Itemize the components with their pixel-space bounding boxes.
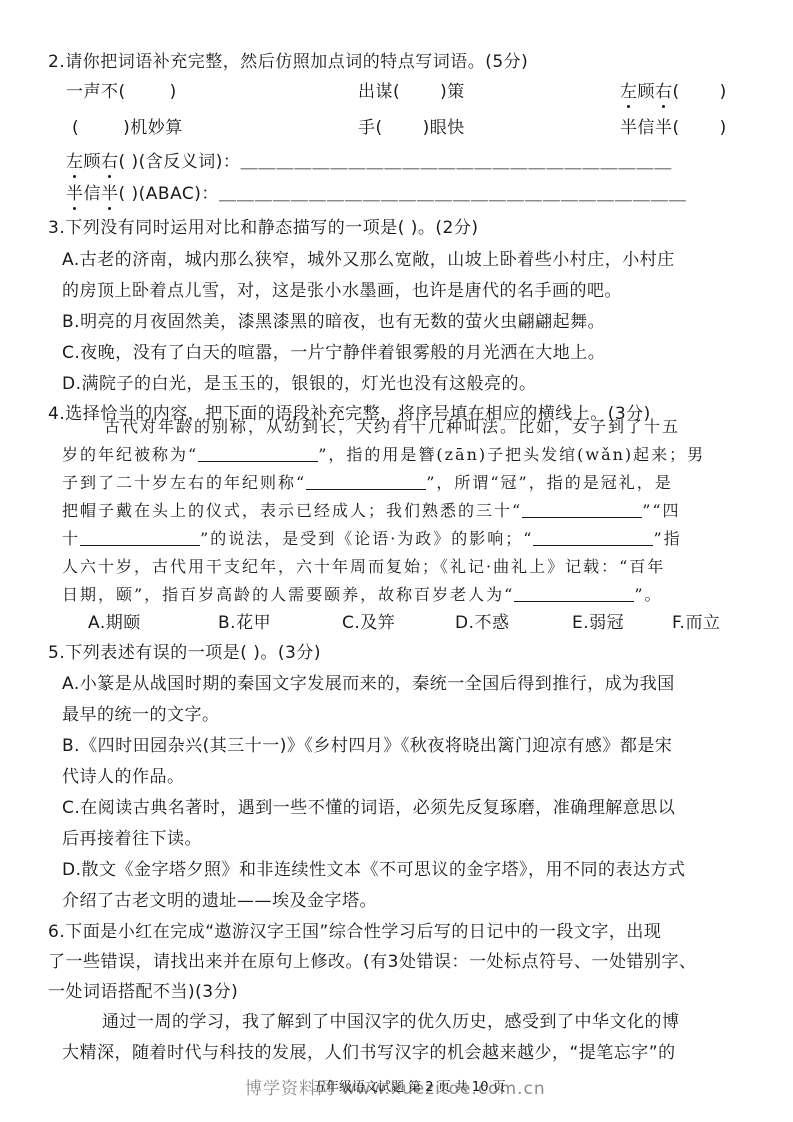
q5-option-a-cont: 最早的统一的文字。 [62, 703, 220, 727]
q2-item-5: 手()眼快 [358, 116, 465, 140]
page-number: 五年级语文试题 第 2 页 共 10 页 [313, 1076, 506, 1095]
q4-paragraph-line-3: 子到了二十岁左右的年纪则称“”，所谓“冠”，指的是冠礼，是 [62, 471, 673, 495]
q4-choice: F.而立 [672, 611, 720, 635]
answer-blank[interactable] [533, 527, 653, 546]
q2-antonym-line: 左顾右( )(含反义词)：＿＿＿＿＿＿＿＿＿＿＿＿＿＿＿＿＿＿＿＿＿＿＿＿ [66, 150, 672, 174]
q6-passage-line-2: 大精深，随着时代与科技的发展，人们书写汉字的机会越来越少，“提笔忘字”的 [62, 1041, 676, 1065]
q4-paragraph-line-5: 十”的说法，是受到《论语·为政》的影响；“”指 [62, 527, 682, 551]
q6-title-line-3: 一处词语搭配不当)(3分) [48, 980, 238, 1004]
answer-blank[interactable]: ＿＿＿＿＿＿＿＿＿＿＿＿＿＿＿＿＿＿＿＿＿＿＿＿＿＿ [219, 184, 687, 204]
q2-abac-line: 半信半( )(ABAC)：＿＿＿＿＿＿＿＿＿＿＿＿＿＿＿＿＿＿＿＿＿＿＿＿＿＿ [66, 182, 687, 206]
q4-paragraph-line-6: 人六十岁，古代用干支纪年，六十年周而复始；《礼记·曲礼上》记载：“百年 [62, 555, 665, 579]
q4-choice: C.及笄 [342, 611, 395, 635]
q6-title-line-2: 了一些错误，请找出来并在原句上修改。(有3处错误：一处标点符号、一处错别字、 [48, 950, 696, 974]
q4-choice: E.弱冠 [572, 611, 624, 635]
q3-option-c: C.夜晚，没有了白天的喧嚣，一片宁静伴着银雾般的月光洒在大地上。 [62, 341, 605, 365]
q3-option-d: D.满院子的白光，是玉玉的，银银的，灯光也没有这般亮的。 [62, 372, 537, 396]
page-footer: 博学资料网 www.xuezitoe.com.cn 五年级语文试题 第 2 页 … [0, 1074, 793, 1098]
answer-blank[interactable]: ＿＿＿＿＿＿＿＿＿＿＿＿＿＿＿＿＿＿＿＿＿＿＿＿ [240, 152, 672, 172]
q2-item-2: 出谋()策 [358, 80, 465, 104]
q2-item-1: 一声不() [66, 80, 177, 104]
q5-option-c-cont: 后再接着往下读。 [62, 827, 202, 851]
q2-title: 2.请你把词语补充完整，然后仿照加点词的特点写词语。(5分) [48, 50, 528, 74]
q2-item-6: 半信半() [620, 116, 727, 140]
q4-paragraph-line-2: 岁的年纪被称为“”，指的用是簪(zān)子把头发绾(wǎn)起来；男 [62, 443, 705, 467]
answer-blank[interactable] [80, 527, 200, 546]
q5-title: 5.下列表述有误的一项是( )。(3分) [48, 641, 321, 665]
q6-passage-line-1: 通过一周的学习，我了解到了中国汉字的优久历史，感受到了中华文化的博 [102, 1010, 680, 1034]
q4-choice: D.不惑 [455, 611, 510, 635]
q6-title-line-1: 6.下面是小红在完成“遨游汉字王国”综合性学习后写的日记中的一段文字，出现 [48, 920, 661, 944]
q3-option-b: B.明亮的月夜固然美，漆黑漆黑的暗夜，也有无数的萤火虫翩翩起舞。 [62, 310, 605, 334]
q5-option-d-cont: 介绍了古老文明的遗址——埃及金字塔。 [62, 889, 377, 913]
answer-blank[interactable] [522, 499, 642, 518]
q5-option-b-cont: 代诗人的作品。 [62, 765, 185, 789]
q4-paragraph-line-4: 把帽子戴在头上的仪式，表示已经成人；我们熟悉的三十“”“四 [62, 499, 681, 523]
q4-paragraph-line-7: 日期，颐”，指百岁高龄的人需要颐养，故称百岁老人为“”。 [62, 583, 663, 607]
q3-title: 3.下列没有同时运用对比和静态描写的一项是( )。(2分) [48, 216, 478, 240]
q5-option-c: C.在阅读古典名著时，遇到一些不懂的词语，必须先反复琢磨，准确理解意思以 [62, 796, 675, 820]
q3-option-a-cont: 的房顶上卧着点儿雪，对，这是张小水墨画，也许是唐代的名手画的吧。 [62, 279, 622, 303]
q4-choice: B.花甲 [218, 611, 271, 635]
q2-item-3: 左顾右() [620, 80, 727, 104]
q4-choices: A.期颐B.花甲C.及笄D.不惑E.弱冠F.而立 [0, 611, 793, 635]
q4-choice: A.期颐 [88, 611, 141, 635]
answer-blank[interactable] [306, 471, 426, 490]
q4-paragraph-line-1: 古代对年龄的别称，从幼到长，大约有十几种叫法。比如，女子到了十五 [104, 415, 680, 439]
q2-item-4: ()机妙算 [72, 116, 183, 140]
q5-option-a: A.小篆是从战国时期的秦国文字发展而来的，秦统一全国后得到推行，成为我国 [62, 672, 675, 696]
q5-option-b: B.《四时田园杂兴(其三十一)》《乡村四月》《秋夜将晓出篱门迎凉有感》都是宋 [62, 734, 672, 758]
answer-blank[interactable] [514, 583, 634, 602]
q3-option-a: A.古老的济南，城内那么狭窄，城外又那么宽敞，山坡上卧着些小村庄，小村庄 [62, 248, 675, 272]
exam-page: 2.请你把词语补充完整，然后仿照加点词的特点写词语。(5分) 一声不() 出谋(… [0, 0, 793, 1122]
answer-blank[interactable] [198, 443, 318, 462]
q5-option-d: D.散文《金字塔夕照》和非连续性文本《不可思议的金字塔》，用不同的表达方式 [62, 858, 686, 882]
